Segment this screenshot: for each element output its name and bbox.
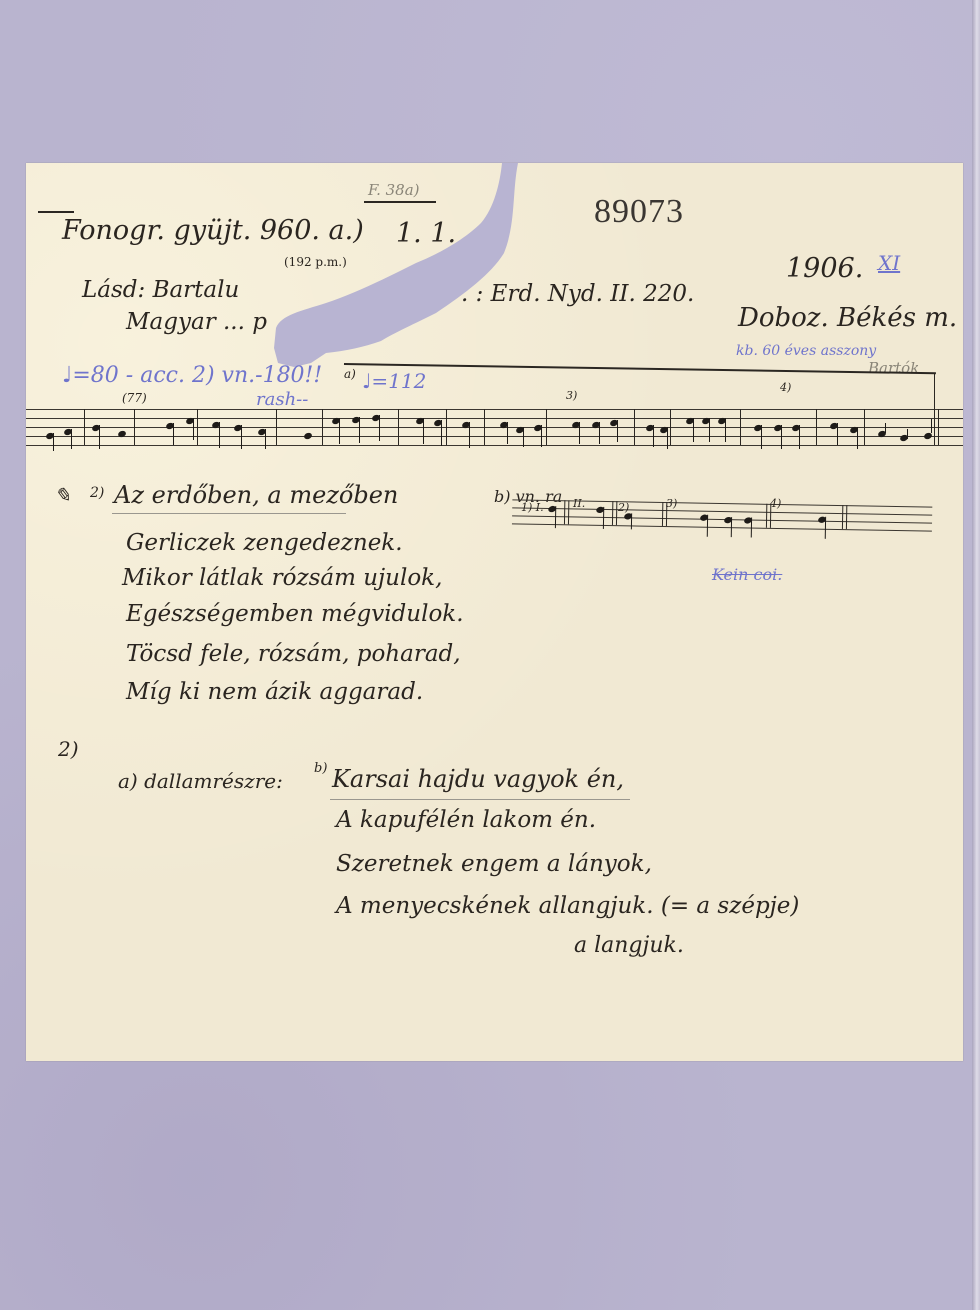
lyrics-b-line: a langjuk. xyxy=(574,933,684,958)
annotation-77: (77) xyxy=(122,391,147,405)
lyrics-a-line: Az erdőben, a mezőben xyxy=(114,481,398,509)
speed-note: (192 p.m.) xyxy=(284,255,347,269)
see-ref: . : Erd. Nyd. II. 220. xyxy=(461,281,694,307)
lyrics-b-prefix: a) dallamrészre: xyxy=(118,769,283,793)
lyrics-a-line: Egészségemben mégvidulok. xyxy=(126,601,464,627)
lyrics-b-underline xyxy=(330,799,630,800)
variant-label-5: 4) xyxy=(770,497,781,510)
variant-label-2: II. xyxy=(573,497,585,510)
board-edge xyxy=(972,0,980,1310)
lyrics-b-line: A menyecskének allangjuk. (= a szépje) xyxy=(336,893,799,919)
lyrics-b-line: Szeretnek engem a lányok, xyxy=(336,851,652,877)
see-label: Lásd: Bartalu xyxy=(82,277,239,303)
item-ref: 1. 1. xyxy=(396,218,456,249)
tempo-marking-2: ♩=112 xyxy=(362,369,426,393)
lyrics-a-marker-icon: ✎ xyxy=(54,483,71,507)
see-line-2: Magyar ... p xyxy=(126,309,267,335)
crossed-out-note: Kein coi. xyxy=(712,565,782,584)
lyrics-b-line: Karsai hajdu vagyok én, xyxy=(332,765,624,793)
section-a-label: a) xyxy=(344,367,356,381)
tempo-marking: ♩=80 - acc. 2) vn.-180!! xyxy=(62,363,322,388)
lyrics-b-line: A kapufélén lakom én. xyxy=(336,807,596,833)
year: 1906. xyxy=(786,253,863,284)
lyrics-a-line: Töcsd fele, rózsám, poharad, xyxy=(126,641,461,667)
singer-note: kb. 60 éves asszony xyxy=(736,343,876,359)
folio-ref: F. 38a) xyxy=(368,181,420,199)
collector-name: Bartók xyxy=(868,359,919,377)
lyrics-a-line: Mikor látlak rózsám ujulok, xyxy=(122,565,442,591)
variant-label-1: 1) I. xyxy=(521,501,544,514)
manuscript-sheet: Fonogr. gyüjt. 960. a.) 1. 1. F. 38a) (1… xyxy=(26,163,963,1061)
lyrics-b-marker: 2) xyxy=(58,737,79,761)
lyrics-a-line: Míg ki nem ázik aggarad. xyxy=(126,679,423,705)
annotation-rash: rash-- xyxy=(256,389,308,410)
folio-underline xyxy=(364,201,436,203)
variant-label-3: 2) xyxy=(618,501,629,514)
annotation-4: 4) xyxy=(780,381,791,394)
annotation-3: 3) xyxy=(566,389,577,402)
collection-ref: Fonogr. gyüjt. 960. a.) xyxy=(62,215,364,246)
stamp-number: 89073 xyxy=(594,193,684,231)
variant-label-4: 3) xyxy=(666,497,677,510)
overline-mark xyxy=(38,211,74,213)
month: XI xyxy=(878,251,900,275)
location: Doboz. Békés m. xyxy=(738,303,957,333)
lyrics-a-line: Gerliczek zengedeznek. xyxy=(126,530,403,556)
lyrics-a-marker: 2) xyxy=(90,485,104,501)
lyrics-b-label: b) xyxy=(314,761,327,776)
section-bracket xyxy=(344,363,936,374)
lyrics-a-underline xyxy=(112,513,346,514)
main-staff xyxy=(26,409,963,449)
